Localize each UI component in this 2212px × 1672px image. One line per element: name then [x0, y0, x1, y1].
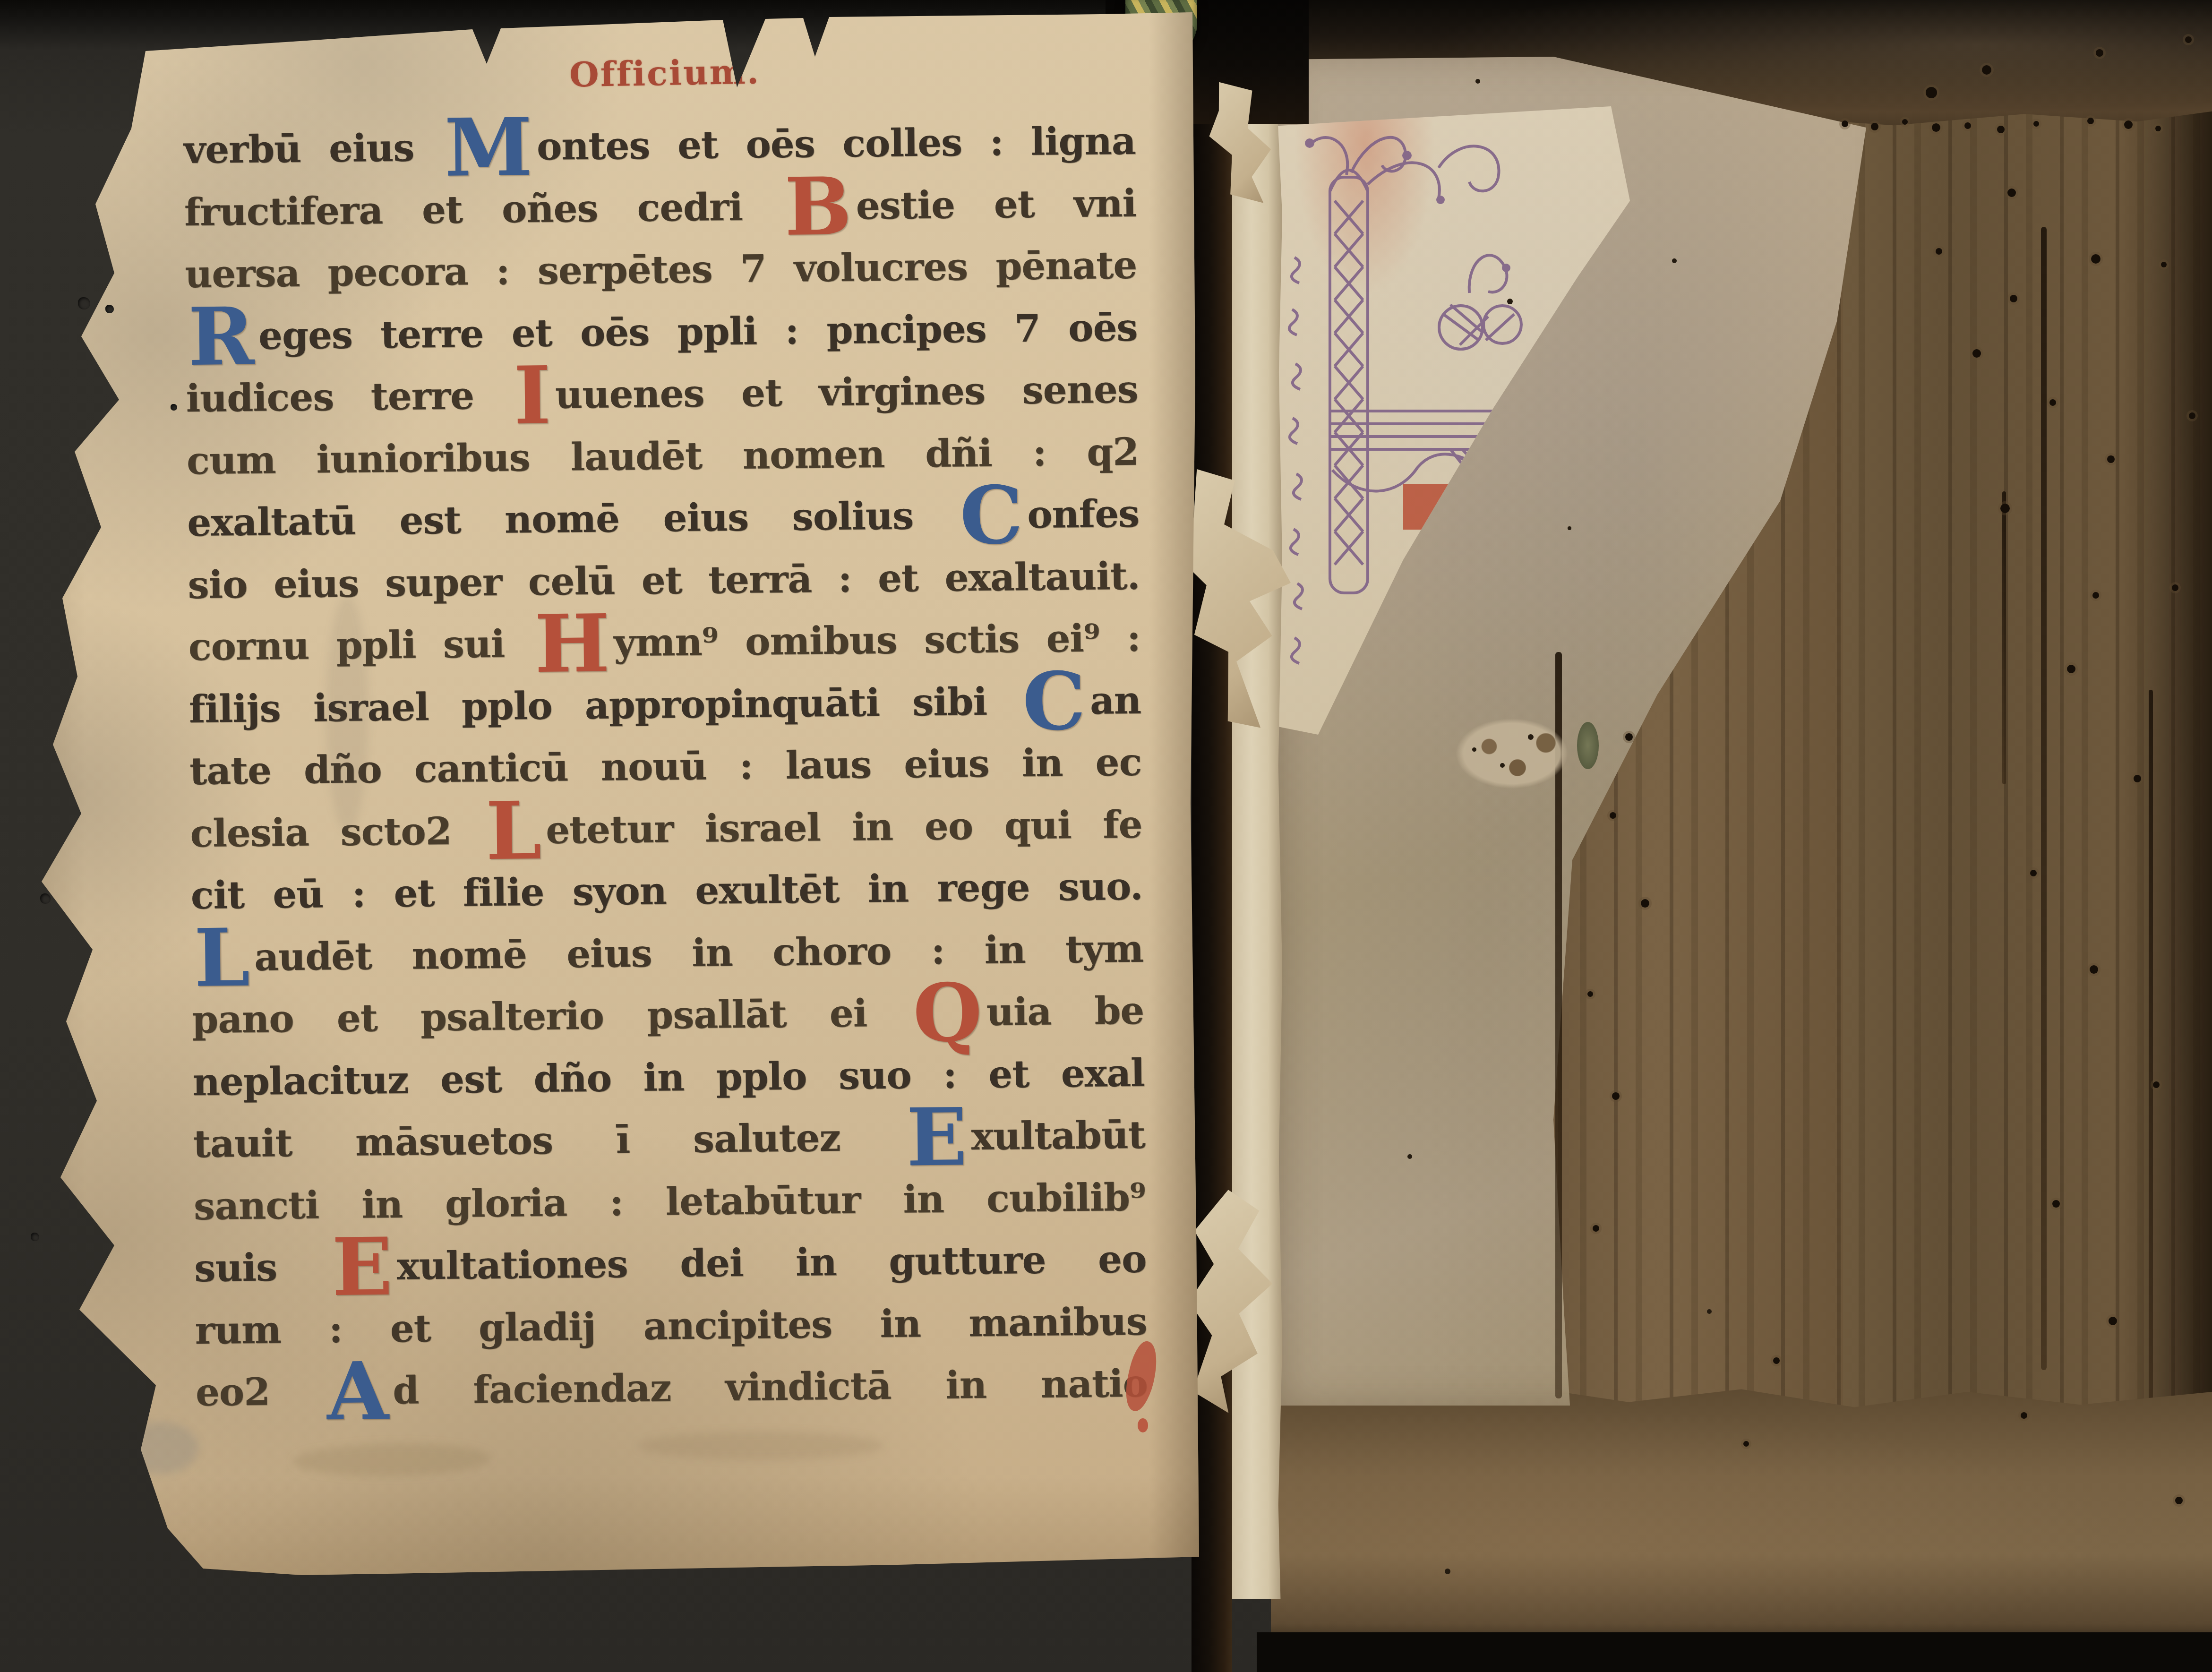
text-segment: iudices terre	[186, 373, 511, 420]
manuscript-line: clesia scto2 Letetur israel in eo qui fe	[190, 793, 1142, 865]
manuscript-line: tauit māsuetos ī salutez Exultabūt	[193, 1104, 1145, 1175]
text-segment: d faciendaz vindictā in natio	[393, 1361, 1148, 1413]
text-segment: sio eius super celū et terrā : et exalta…	[188, 553, 1140, 607]
abraded-patch	[1455, 718, 1569, 789]
text-segment: xultationes dei in gutture eo	[396, 1237, 1147, 1288]
leather-turn-in-bottom	[1271, 1387, 2212, 1644]
manuscript-line: exaltatū est nomē eius solius Confes	[187, 483, 1140, 554]
manuscript-line: uersa pecora : serpētes 7 volucres pēnat…	[185, 234, 1137, 306]
parchment-hole	[78, 297, 90, 309]
manuscript-page: Officium. verbū eius Montes et oēs colle…	[0, 0, 1209, 1587]
text-segment: uersa pecora : serpētes 7 volucres pēnat…	[185, 243, 1137, 296]
illuminated-initial: A	[326, 1344, 388, 1438]
text-segment: cit eū : et filie syon exultēt in rege s…	[190, 864, 1143, 917]
text-segment: pano et psalterio psallāt ei	[192, 990, 910, 1042]
wood-crack	[2002, 491, 2006, 784]
text-segment: neplacituz est dño in pplo suo : et exal	[192, 1050, 1145, 1104]
text-segment: uuenes et virgines senes	[555, 367, 1138, 417]
text-segment: eges terre et oēs ppli : pncipes 7 oēs	[258, 305, 1138, 358]
board-edge-shadow	[1257, 1632, 2212, 1672]
red-ink-drip	[1138, 1418, 1148, 1432]
text-segment: tauit māsuetos ī salutez	[193, 1115, 904, 1166]
manuscript-line: iudices terre Iuuenes et virgines senes	[186, 359, 1138, 430]
text-segment: suis	[194, 1244, 329, 1290]
verdigris-stain	[1577, 722, 1599, 769]
text-segment: verbū eius	[183, 125, 442, 172]
manuscript-line: suis Exultationes dei in gutture eo	[194, 1228, 1147, 1300]
text-segment: filijs israel pplo appropinquāti sibi	[189, 679, 1020, 731]
text-segment: etetur israel in eo qui fe	[546, 802, 1142, 852]
text-segment: xultabūt	[971, 1113, 1145, 1159]
manuscript-line: eo2 Ad faciendaz vindictā in natio	[195, 1353, 1148, 1424]
text-segment: audēt nomē eius in choro : in tym	[254, 926, 1144, 979]
manuscript-line: Laudēt nomē eius in choro : in tym	[191, 917, 1143, 989]
wood-crack	[2041, 227, 2047, 1370]
text-segment: eo2	[195, 1369, 324, 1415]
stain	[638, 1432, 883, 1460]
manuscript-line: neplacituz est dño in pplo suo : et exal	[192, 1042, 1145, 1113]
manuscript-line: sio eius super celū et terrā : et exalta…	[188, 545, 1140, 616]
wood-crack	[2149, 690, 2153, 1455]
manuscript-line: verbū eius Montes et oēs colles : ligna	[183, 110, 1136, 181]
text-segment: exaltatū est nomē eius solius	[187, 493, 957, 545]
book-opening-photo: Officium. verbū eius Montes et oēs colle…	[0, 0, 2212, 1672]
manuscript-photo: { "manuscript": { "header": "Officium.",…	[0, 0, 2212, 1672]
text-segment: estie et vni	[856, 180, 1136, 228]
running-title: Officium.	[569, 51, 760, 94]
stain	[123, 1422, 198, 1474]
text-segment: fructifera et oñes cedri	[184, 184, 782, 234]
parchment-hole	[31, 1233, 39, 1241]
text-segment: an	[1089, 677, 1141, 722]
manuscript-line: fructifera et oñes cedri Bestie et vni	[184, 172, 1136, 243]
parchment-hole	[40, 893, 51, 904]
text-segment: onfes	[1027, 491, 1140, 537]
manuscript-line: cit eū : et filie syon exultēt in rege s…	[190, 856, 1143, 927]
manuscript-line: Reges terre et oēs ppli : pncipes 7 oēs	[185, 296, 1138, 368]
manuscript-line: pano et psalterio psallāt ei Quia be	[192, 980, 1144, 1051]
stain	[326, 595, 369, 832]
text-segment: uia be	[986, 988, 1144, 1034]
